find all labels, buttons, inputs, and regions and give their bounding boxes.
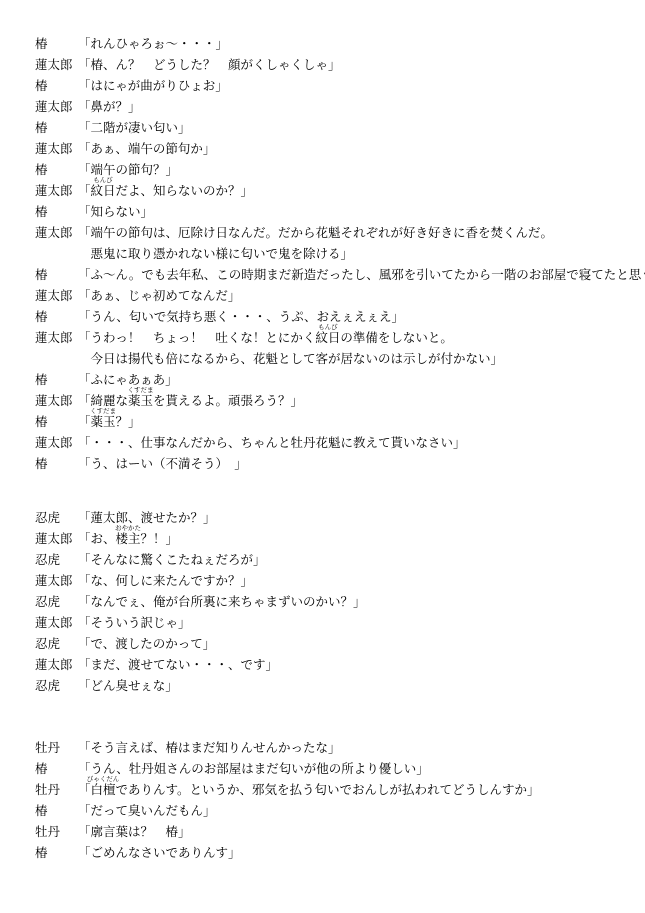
dialogue-line: 蓮太郎「・・・、仕事なんだから、ちゃんと牡丹花魁に教えて貰いなさい」 bbox=[35, 433, 639, 454]
dialogue-line: 蓮太郎「端午の節句は、厄除け日なんだ。だから花魁それぞれが好き好きに香を焚くんだ… bbox=[35, 223, 639, 244]
ruby-annotated-word: 紋日もんび bbox=[315, 328, 340, 349]
dialogue-text: 「そんなに驚くこたねぇだろが」 bbox=[78, 550, 266, 571]
speaker-name: 牡丹 bbox=[35, 780, 78, 801]
speaker-name: 蓮太郎 bbox=[35, 286, 78, 307]
dialogue-text: 「うん、匂いで気持ち悪く・・・、うぷ、おえぇえぇえ」 bbox=[78, 307, 404, 328]
dialogue-line: 忍虎「どん臭せぇな」 bbox=[35, 676, 639, 697]
speaker-name: 忍虎 bbox=[35, 550, 78, 571]
dialogue-text: 「あぁ、端午の節句か」 bbox=[78, 139, 215, 160]
speaker-name: 蓮太郎 bbox=[35, 613, 78, 634]
speaker-name: 蓮太郎 bbox=[35, 571, 78, 592]
speaker-name: 椿 bbox=[35, 118, 78, 139]
speaker-name: 忍虎 bbox=[35, 508, 78, 529]
speaker-name: 椿 bbox=[35, 160, 78, 181]
speaker-name: 蓮太郎 bbox=[35, 223, 78, 244]
dialogue-line: 椿「薬玉くすだま？」 bbox=[35, 412, 639, 433]
speaker-name: 蓮太郎 bbox=[35, 655, 78, 676]
speaker-name: 椿 bbox=[35, 412, 78, 433]
speaker-name: 椿 bbox=[35, 265, 78, 286]
dialogue-line: 椿「だって臭いんだもん」 bbox=[35, 801, 639, 822]
ruby-annotated-word: 薬玉くすだま bbox=[128, 391, 153, 412]
dialogue-line: 蓮太郎「綺麗な薬玉くすだまを貰えるよ。頑張ろう？」 bbox=[35, 391, 639, 412]
furigana: おやかた bbox=[115, 526, 141, 533]
script-section: 忍虎「蓮太郎、渡せたか？」蓮太郎「お、楼主おやかた？！」忍虎「そんなに驚くこたね… bbox=[35, 508, 639, 697]
furigana: くすだま bbox=[128, 388, 154, 395]
speaker-name: 蓮太郎 bbox=[35, 433, 78, 454]
dialogue-line: 椿「う、はーい（不満そう） 」 bbox=[35, 454, 639, 475]
dialogue-line: 蓮太郎「そういう訳じゃ」 bbox=[35, 613, 639, 634]
speaker-name: 椿 bbox=[35, 801, 78, 822]
dialogue-text: 「そういう訳じゃ」 bbox=[78, 613, 191, 634]
dialogue-line: 蓮太郎「な、何しに来たんですか？」 bbox=[35, 571, 639, 592]
dialogue-text: 「蓮太郎、渡せたか？」 bbox=[78, 508, 216, 529]
dialogue-line: 蓮太郎「紋日もんびだよ、知らないのか？」 bbox=[35, 181, 639, 202]
dialogue-text: 「紋日もんびだよ、知らないのか？」 bbox=[78, 181, 253, 202]
speaker-name: 蓮太郎 bbox=[35, 181, 78, 202]
dialogue-line: 椿「ふ～ん。でも去年私、この時期まだ新造だったし、風邪を引いてたから一階のお部屋… bbox=[35, 265, 639, 286]
dialogue-text: 「知らない」 bbox=[78, 202, 153, 223]
speaker-name: 牡丹 bbox=[35, 738, 78, 759]
dialogue-line: 蓮太郎「あぁ、端午の節句か」 bbox=[35, 139, 639, 160]
dialogue-text: 「端午の節句は、厄除け日なんだ。だから花魁それぞれが好き好きに香を焚くんだ。 bbox=[78, 223, 553, 244]
dialogue-line: 牡丹「そう言えば、椿はまだ知りんせんかったな」 bbox=[35, 738, 639, 759]
dialogue-line: 蓮太郎「椿、ん？ どうした？ 顔がくしゃくしゃ」 bbox=[35, 55, 639, 76]
dialogue-text: 「な、何しに来たんですか？」 bbox=[78, 571, 253, 592]
dialogue-text: 「で、渡したのかって」 bbox=[78, 634, 215, 655]
dialogue-line: 椿「ふにゃあぁあ」 bbox=[35, 370, 639, 391]
dialogue-line: 牡丹「白檀びゃくだんでありんす。というか、邪気を払う匂いでおんしが払われてどうし… bbox=[35, 780, 639, 801]
furigana: もんび bbox=[93, 178, 113, 185]
speaker-name: 牡丹 bbox=[35, 822, 78, 843]
speaker-name: 蓮太郎 bbox=[35, 328, 78, 349]
ruby-annotated-word: 薬玉くすだま bbox=[91, 412, 116, 433]
dialogue-continuation-line: 今日は揚代も倍になるから、花魁として客が居ないのは示しが付かない」 bbox=[35, 349, 639, 370]
dialogue-text: 悪鬼に取り憑かれない様に匂いで鬼を除ける」 bbox=[78, 244, 353, 265]
speaker-name: 蓮太郎 bbox=[35, 139, 78, 160]
dialogue-text: 「椿、ん？ どうした？ 顔がくしゃくしゃ」 bbox=[78, 55, 341, 76]
ruby-annotated-word: 紋日もんび bbox=[91, 181, 116, 202]
dialogue-line: 忍虎「なんでぇ、俺が台所裏に来ちゃまずいのかい？」 bbox=[35, 592, 639, 613]
dialogue-text: 「廓言葉は？ 椿」 bbox=[78, 822, 191, 843]
dialogue-line: 忍虎「そんなに驚くこたねぇだろが」 bbox=[35, 550, 639, 571]
ruby-annotated-word: 白檀びゃくだん bbox=[91, 780, 116, 801]
dialogue-text: 「うわっ！ ちょっ！ 吐くな！とにかく紋日もんびの準備をしないと。 bbox=[78, 328, 453, 349]
dialogue-continuation-line: 悪鬼に取り憑かれない様に匂いで鬼を除ける」 bbox=[35, 244, 639, 265]
dialogue-line: 蓮太郎「あぁ、じゃ初めてなんだ」 bbox=[35, 286, 639, 307]
dialogue-line: 蓮太郎「うわっ！ ちょっ！ 吐くな！とにかく紋日もんびの準備をしないと。 bbox=[35, 328, 639, 349]
dialogue-text: 「ふ～ん。でも去年私、この時期まだ新造だったし、風邪を引いてたから一階のお部屋で… bbox=[78, 265, 645, 286]
dialogue-text: 「お、楼主おやかた？！」 bbox=[78, 529, 178, 550]
speaker-name: 椿 bbox=[35, 76, 78, 97]
speaker-name: 忍虎 bbox=[35, 634, 78, 655]
dialogue-text: 「・・・、仕事なんだから、ちゃんと牡丹花魁に教えて貰いなさい」 bbox=[78, 433, 466, 454]
dialogue-text: 「薬玉くすだま？」 bbox=[78, 412, 141, 433]
dialogue-text: 「れんひゃろぉ～・・・」 bbox=[78, 34, 228, 55]
dialogue-line: 蓮太郎「鼻が？」 bbox=[35, 97, 639, 118]
ruby-annotated-word: 楼主おやかた bbox=[116, 529, 141, 550]
speaker-name: 蓮太郎 bbox=[35, 55, 78, 76]
dialogue-text: 「なんでぇ、俺が台所裏に来ちゃまずいのかい？」 bbox=[78, 592, 366, 613]
dialogue-text: 「そう言えば、椿はまだ知りんせんかったな」 bbox=[78, 738, 341, 759]
speaker-name: 椿 bbox=[35, 843, 78, 864]
speaker-name: 椿 bbox=[35, 34, 78, 55]
furigana: くすだま bbox=[90, 409, 116, 416]
speaker-name: 忍虎 bbox=[35, 676, 78, 697]
dialogue-text: 「うん、牡丹姐さんのお部屋はまだ匂いが他の所より優しい」 bbox=[78, 759, 429, 780]
dialogue-text: 「白檀びゃくだんでありんす。というか、邪気を払う匂いでおんしが払われてどうしんす… bbox=[78, 780, 540, 801]
script-section: 牡丹「そう言えば、椿はまだ知りんせんかったな」椿「うん、牡丹姐さんのお部屋はまだ… bbox=[35, 738, 639, 864]
dialogue-text: 「だって臭いんだもん」 bbox=[78, 801, 216, 822]
dialogue-line: 椿「二階が凄い匂い」 bbox=[35, 118, 639, 139]
dialogue-text: 「う、はーい（不満そう） 」 bbox=[78, 454, 247, 475]
dialogue-text: 「鼻が？」 bbox=[78, 97, 141, 118]
dialogue-line: 蓮太郎「お、楼主おやかた？！」 bbox=[35, 529, 639, 550]
dialogue-text: 「はにゃが曲がりひょお」 bbox=[78, 76, 228, 97]
dialogue-text: 今日は揚代も倍になるから、花魁として客が居ないのは示しが付かない」 bbox=[78, 349, 503, 370]
speaker-name: 蓮太郎 bbox=[35, 391, 78, 412]
speaker-name bbox=[35, 349, 78, 370]
dialogue-line: 牡丹「廓言葉は？ 椿」 bbox=[35, 822, 639, 843]
speaker-name: 忍虎 bbox=[35, 592, 78, 613]
speaker-name: 椿 bbox=[35, 759, 78, 780]
speaker-name: 蓮太郎 bbox=[35, 529, 78, 550]
dialogue-text: 「二階が凄い匂い」 bbox=[78, 118, 191, 139]
furigana: びゃくだん bbox=[87, 777, 120, 784]
dialogue-text: 「どん臭せぇな」 bbox=[78, 676, 178, 697]
dialogue-line: 椿「端午の節句？」 bbox=[35, 160, 639, 181]
speaker-name: 蓮太郎 bbox=[35, 97, 78, 118]
speaker-name: 椿 bbox=[35, 370, 78, 391]
dialogue-line: 椿「れんひゃろぉ～・・・」 bbox=[35, 34, 639, 55]
speaker-name: 椿 bbox=[35, 454, 78, 475]
dialogue-line: 椿「ごめんなさいでありんす」 bbox=[35, 843, 639, 864]
speaker-name bbox=[35, 244, 78, 265]
script-document: 椿「れんひゃろぉ～・・・」蓮太郎「椿、ん？ どうした？ 顔がくしゃくしゃ」椿「は… bbox=[0, 0, 645, 913]
dialogue-text: 「あぁ、じゃ初めてなんだ」 bbox=[78, 286, 240, 307]
dialogue-line: 蓮太郎「まだ、渡せてない・・・、です」 bbox=[35, 655, 639, 676]
dialogue-line: 椿「知らない」 bbox=[35, 202, 639, 223]
furigana: もんび bbox=[318, 325, 338, 332]
dialogue-line: 椿「はにゃが曲がりひょお」 bbox=[35, 76, 639, 97]
speaker-name: 椿 bbox=[35, 307, 78, 328]
dialogue-line: 忍虎「で、渡したのかって」 bbox=[35, 634, 639, 655]
speaker-name: 椿 bbox=[35, 202, 78, 223]
dialogue-line: 椿「うん、牡丹姐さんのお部屋はまだ匂いが他の所より優しい」 bbox=[35, 759, 639, 780]
dialogue-text: 「ごめんなさいでありんす」 bbox=[78, 843, 241, 864]
script-section: 椿「れんひゃろぉ～・・・」蓮太郎「椿、ん？ どうした？ 顔がくしゃくしゃ」椿「は… bbox=[35, 34, 639, 475]
dialogue-text: 「まだ、渡せてない・・・、です」 bbox=[78, 655, 278, 676]
